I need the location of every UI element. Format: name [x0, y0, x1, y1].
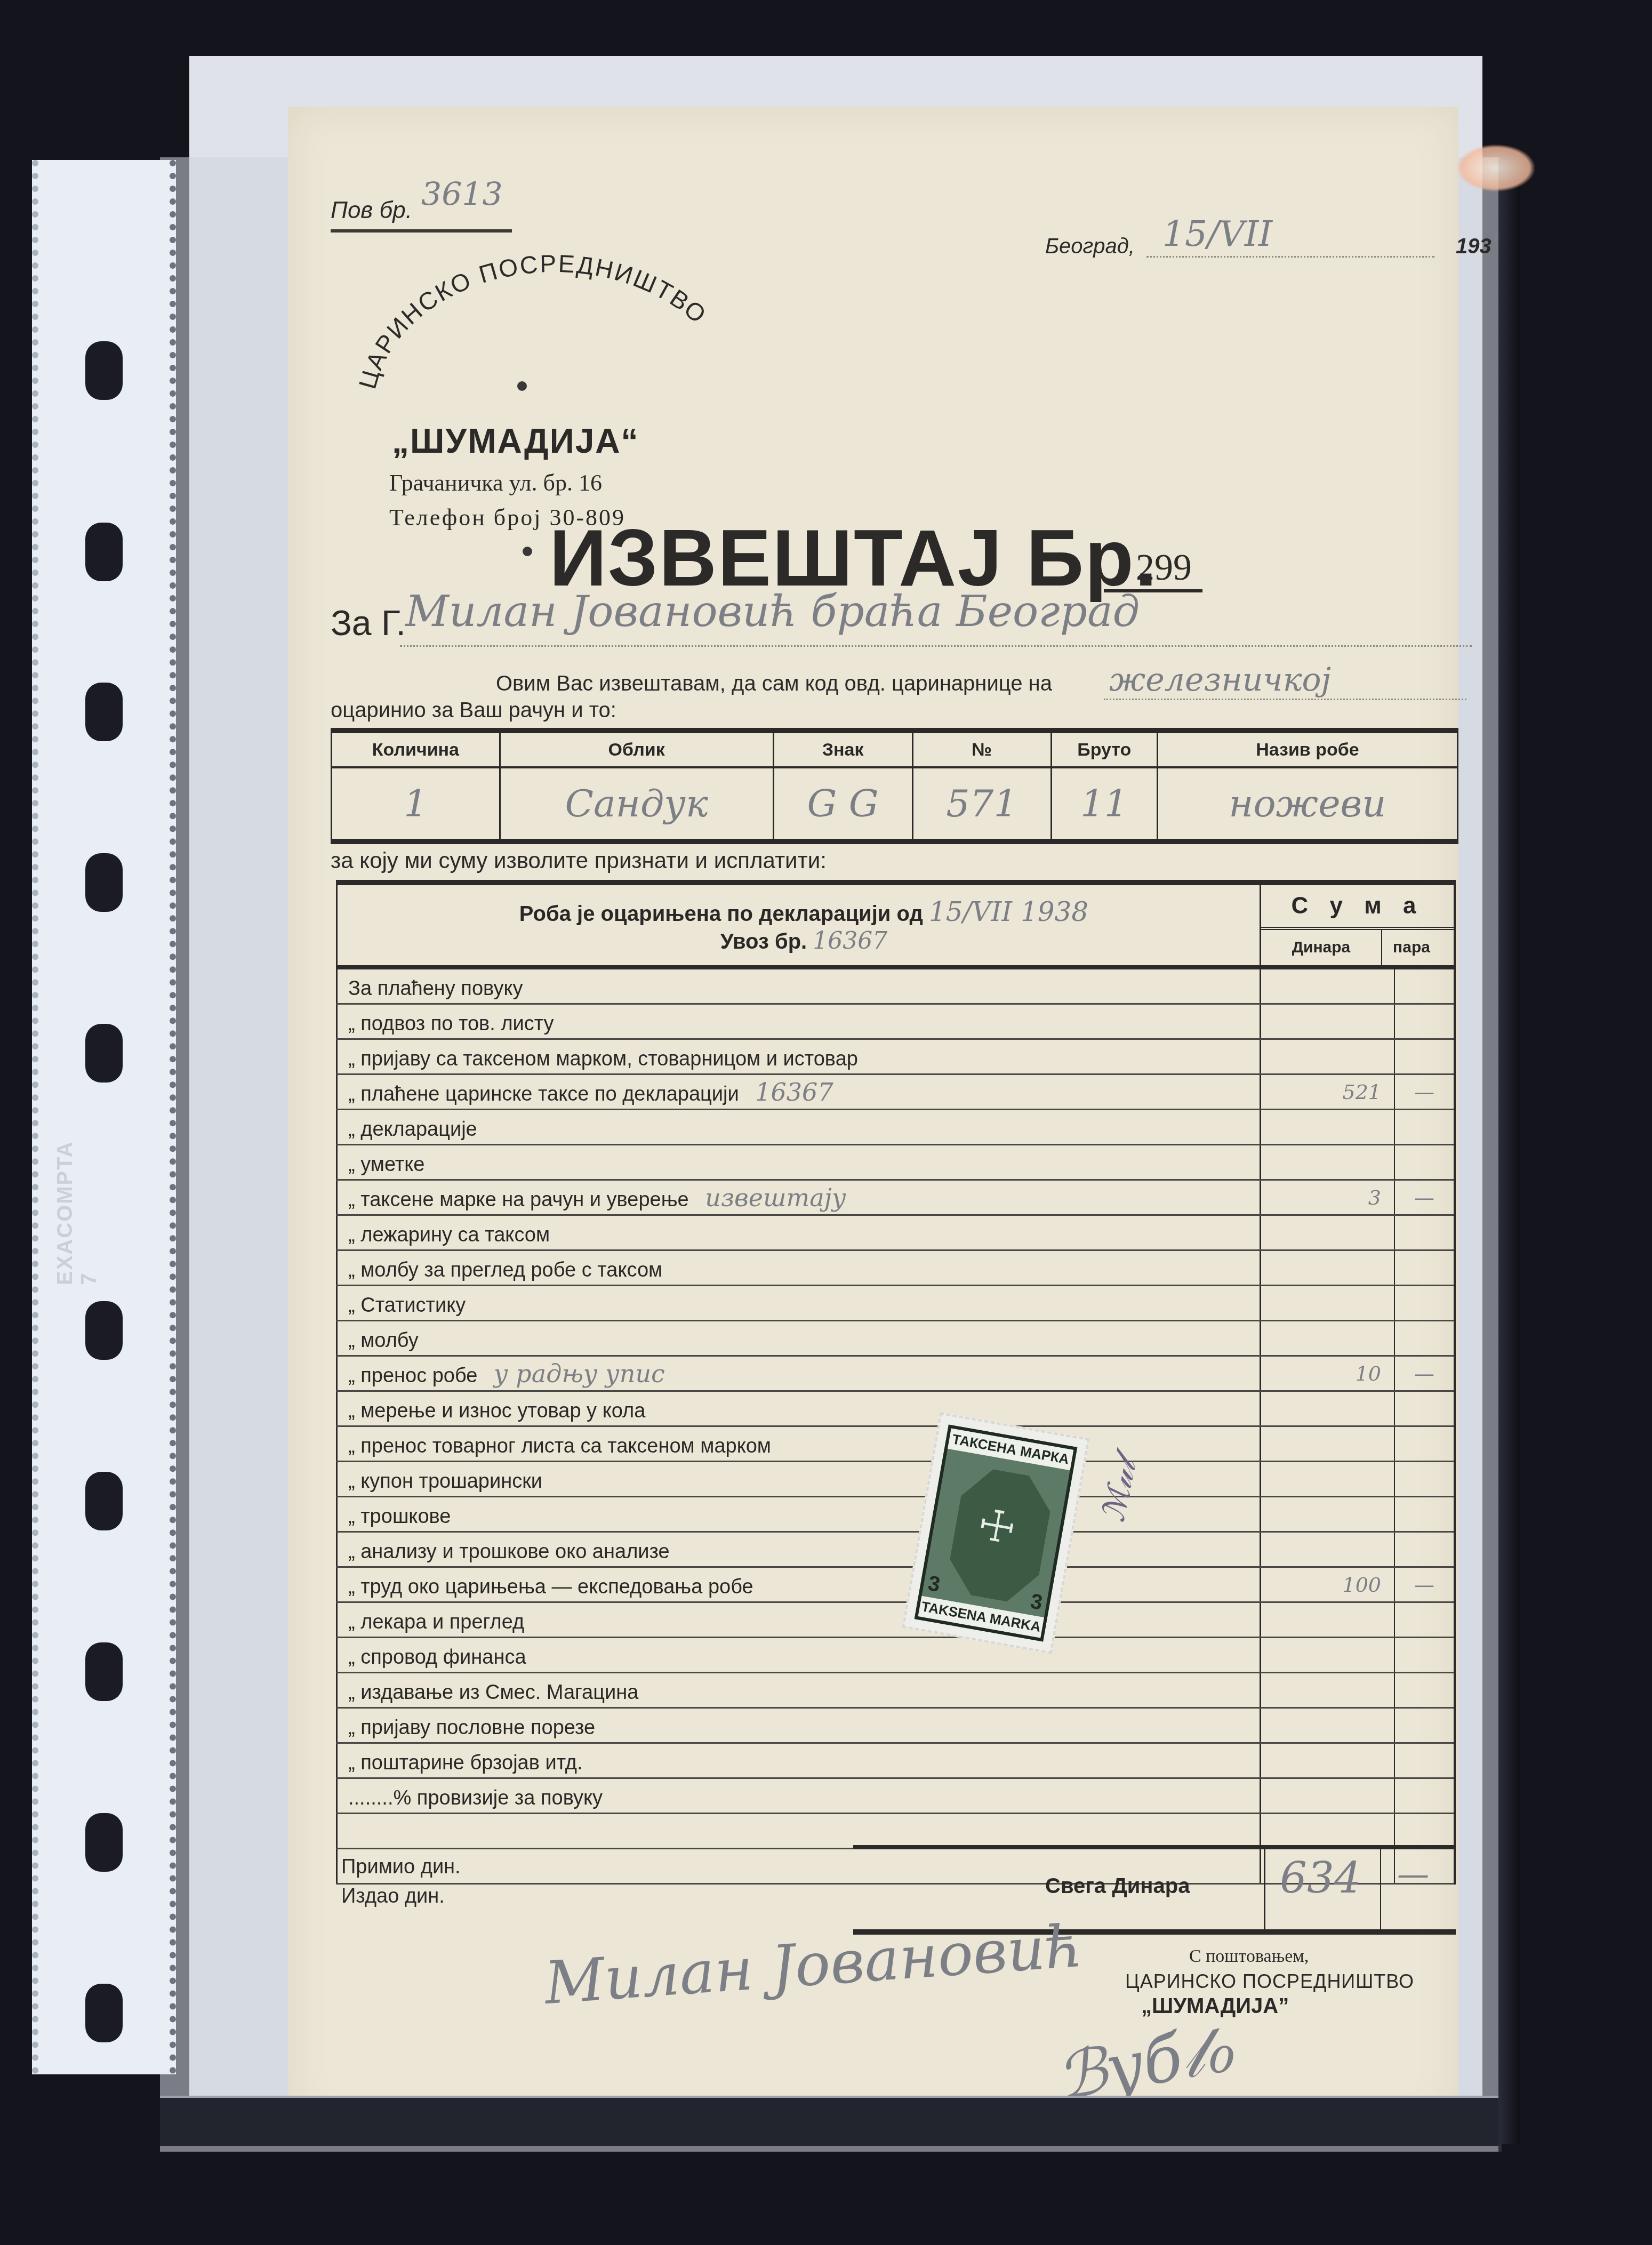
fee-label: „ пријаву пословне порезе: [337, 1708, 1261, 1743]
fee-para: [1394, 1673, 1455, 1708]
fee-row: ........% провизије за повуку: [337, 1778, 1455, 1814]
fee-label: „ лекара и преглед: [337, 1602, 1261, 1638]
total-label: Свега Динара: [1045, 1874, 1190, 1898]
goods-table: Количина Облик Знак № Бруто Назив робе 1…: [331, 728, 1458, 844]
date-handwritten: 15/VII: [1162, 213, 1272, 254]
addressee-line: [400, 645, 1472, 647]
fee-para: [1394, 1110, 1455, 1145]
footer-company-line: ЦАРИНСКО ПОСРЕДНИШТВО: [1125, 1970, 1414, 1993]
fee-dinara: [1261, 1004, 1395, 1039]
fee-dinara: [1261, 1532, 1395, 1567]
stamp-top-text: ТАКСЕНА МАРКА: [948, 1428, 1073, 1470]
fee-dinara: 10: [1261, 1356, 1395, 1391]
fee-label: „ подвоз по тов. листу: [337, 1004, 1261, 1039]
svg-text:ЦАРИНСКО ПОСРЕДНИШТВО: ЦАРИНСКО ПОСРЕДНИШТВО: [353, 251, 712, 392]
fee-row: „ пренос робе у радњу упис10—: [337, 1356, 1455, 1391]
sum-intro-text: за коју ми суму изволите признати и испл…: [331, 848, 827, 873]
fee-row: „ спровод финанса: [337, 1638, 1455, 1673]
fee-label: „ лежарину са таксом: [337, 1215, 1261, 1250]
quantity-value: 1: [332, 767, 500, 841]
fee-dinara: [1261, 1145, 1395, 1180]
fee-label: „ декларације: [337, 1110, 1261, 1145]
fee-row: „ лежарину са таксом: [337, 1215, 1455, 1250]
punch-hole: [85, 523, 123, 581]
fee-label: „ Статистику: [337, 1286, 1261, 1321]
stamp-value-left: 3: [926, 1571, 942, 1597]
fee-row: „ трошкове: [337, 1497, 1455, 1532]
fee-dinara: 100: [1261, 1567, 1395, 1602]
fee-row: „ поштарине брзојав итд.: [337, 1743, 1455, 1778]
col-gross: Бруто: [1051, 731, 1157, 767]
total-para: —: [1397, 1856, 1429, 1893]
fee-row: „ пријаву са таксеном марком, стоварницо…: [337, 1039, 1455, 1075]
goods-name-value: ножеви: [1157, 767, 1457, 841]
punch-hole: [85, 341, 123, 400]
fee-para: [1394, 1004, 1455, 1039]
addressee-name: Милан Јовановић браћа Београд: [405, 587, 1140, 636]
reference-label: Пов бр.: [331, 197, 412, 224]
fee-para: [1394, 1778, 1455, 1814]
fee-dinara: [1261, 1039, 1395, 1075]
fee-label: „ труд око царињења — експедовања робе: [337, 1567, 1261, 1602]
fee-dinara: [1261, 1426, 1395, 1462]
fee-para: [1394, 1814, 1455, 1849]
fee-dinara: [1261, 1778, 1395, 1814]
received-label: Примио дин.: [341, 1856, 461, 1879]
fee-note: 16367: [755, 1078, 833, 1107]
punch-hole: [85, 1024, 123, 1083]
fee-label: „ таксене марке на рачун и уверење извеш…: [337, 1180, 1261, 1215]
fee-label: „ мерење и износ утовар у кола: [337, 1391, 1261, 1426]
fee-row: [337, 1814, 1455, 1849]
company-address: Грачаничка ул. бр. 16: [389, 469, 602, 496]
fee-dinara: [1261, 1673, 1395, 1708]
fee-label: „ плаћене царинске таксе по декларацији …: [337, 1075, 1261, 1110]
addressee-label: За Г.: [331, 603, 406, 643]
fee-label: „ пренос товарног листа са таксеном марк…: [337, 1426, 1261, 1462]
punch-hole: [85, 1301, 123, 1360]
stamp-value-right: 3: [1029, 1590, 1045, 1615]
fee-label: ........% провизије за повуку: [337, 1778, 1261, 1814]
date-field-line: [1146, 256, 1434, 258]
col-dinara: Динара: [1261, 930, 1381, 965]
fee-para: [1394, 1462, 1455, 1497]
fee-para: —: [1394, 1075, 1455, 1110]
city-label: Београд,: [1045, 235, 1135, 259]
fee-row: „ декларације: [337, 1110, 1455, 1145]
fee-row: „ молбу за преглед робе с таксом: [337, 1250, 1455, 1286]
fee-dinara: [1261, 1250, 1395, 1286]
fee-label: За плаћену повуку: [337, 967, 1261, 1004]
binder-punch-strip: [32, 160, 176, 2074]
fee-para: [1394, 1391, 1455, 1426]
location-line: [1104, 699, 1466, 700]
fee-row: „ подвоз по тов. листу: [337, 1004, 1455, 1039]
reference-number: 3613: [421, 176, 503, 213]
sum-header: С у м а: [1261, 885, 1454, 930]
fee-label: [337, 1814, 1261, 1849]
fee-dinara: [1261, 1286, 1395, 1321]
import-label: Увоз бр.: [720, 930, 807, 953]
fee-para: —: [1394, 1567, 1455, 1602]
intro-text-line2: оцаринио за Ваш рачун и то:: [331, 699, 616, 723]
punch-hole: [85, 1813, 123, 1872]
col-mark: Знак: [773, 731, 912, 767]
company-arc-heading: ЦАРИНСКО ПОСРЕДНИШТВО: [352, 251, 757, 421]
fee-para: [1394, 1497, 1455, 1532]
punch-hole: [85, 1642, 123, 1701]
fee-label: „ молбу: [337, 1321, 1261, 1356]
declaration-date: 15/VII 1938: [929, 896, 1088, 927]
receiver-signature: Милан Јовановић: [542, 1912, 1085, 2017]
fee-label: „ молбу за преглед робе с таксом: [337, 1250, 1261, 1286]
fee-row: „ Статистику: [337, 1286, 1455, 1321]
fee-para: [1394, 1638, 1455, 1673]
fee-para: [1394, 1708, 1455, 1743]
number-value: 571: [912, 767, 1051, 841]
fee-dinara: 521: [1261, 1075, 1395, 1110]
col-quantity: Количина: [332, 731, 500, 767]
fee-label: „ пријаву са таксеном марком, стоварницо…: [337, 1039, 1261, 1075]
report-number: 299: [1104, 547, 1202, 592]
fee-dinara: [1261, 1321, 1395, 1356]
fee-para: [1394, 1145, 1455, 1180]
fee-dinara: 3: [1261, 1180, 1395, 1215]
fee-row: „ мерење и износ утовар у кола: [337, 1391, 1455, 1426]
fees-header-row: Роба је оцарињена по декларацији од 15/V…: [337, 883, 1455, 967]
col-number: №: [912, 731, 1051, 767]
fee-dinara: [1261, 1110, 1395, 1145]
fee-row: „ анализу и трошкове око анализе: [337, 1532, 1455, 1567]
declaration-label: Роба је оцарињена по декларацији од: [519, 902, 923, 926]
punch-hole: [85, 1984, 123, 2042]
fee-para: —: [1394, 1180, 1455, 1215]
fee-dinara: [1261, 1215, 1395, 1250]
fee-row: „ пренос товарног листа са таксеном марк…: [337, 1426, 1455, 1462]
import-number: 16367: [813, 927, 887, 955]
fee-label: „ поштарине брзојав итд.: [337, 1743, 1261, 1778]
fee-para: [1394, 1321, 1455, 1356]
fee-para: [1394, 1039, 1455, 1075]
fee-para: [1394, 1743, 1455, 1778]
fee-note: извештају: [705, 1183, 846, 1212]
fee-row: „ плаћене царинске таксе по декларацији …: [337, 1075, 1455, 1110]
year-printed: 193: [1456, 235, 1491, 259]
fee-para: [1394, 1426, 1455, 1462]
fee-dinara: [1261, 1497, 1395, 1532]
fee-para: [1394, 1250, 1455, 1286]
fee-row: „ пријаву пословне порезе: [337, 1708, 1455, 1743]
fee-row: „ издавање из Смес. Магацина: [337, 1673, 1455, 1708]
fee-row: „ лекара и преглед: [337, 1602, 1455, 1638]
fee-row: „ купон трошарински: [337, 1462, 1455, 1497]
regards-text: С поштовањем,: [1189, 1946, 1309, 1967]
fee-para: [1394, 967, 1455, 1004]
fee-note: у радњу упис: [494, 1359, 665, 1388]
fee-para: [1394, 1215, 1455, 1250]
fee-dinara: [1261, 1602, 1395, 1638]
fee-dinara: [1261, 1708, 1395, 1743]
ornament-dot: [523, 547, 532, 556]
sleeve-bottom-seam: [160, 2096, 1498, 2146]
fee-row: „ уметке: [337, 1145, 1455, 1180]
fee-label: „ спровод финанса: [337, 1638, 1261, 1673]
col-goods-name: Назив робе: [1157, 731, 1457, 767]
goods-row: 1 Сандук G G 571 11 ножеви: [332, 767, 1458, 841]
customs-report-document: Пов бр. 3613 ЦАРИНСКО ПОСРЕДНИШТВО „ШУМА…: [288, 107, 1458, 2125]
company-name: „ШУМАДИЈА“: [392, 421, 639, 461]
fee-row: „ молбу: [337, 1321, 1455, 1356]
fee-dinara: [1261, 1391, 1395, 1426]
fee-row: За плаћену повуку: [337, 967, 1455, 1004]
intro-text-line1: Овим Вас извештавам, да сам код овд. цар…: [496, 672, 1052, 696]
light-glare: [1456, 144, 1536, 192]
fee-label: „ анализу и трошкове око анализе: [337, 1532, 1261, 1567]
fee-label: „ уметке: [337, 1145, 1261, 1180]
fee-dinara: [1261, 1462, 1395, 1497]
fee-dinara: [1261, 1814, 1395, 1849]
gross-value: 11: [1051, 767, 1157, 841]
sleeve-edge: [1498, 160, 1520, 2144]
fee-para: [1394, 1286, 1455, 1321]
punch-hole: [85, 1472, 123, 1530]
customs-location: железничкој: [1109, 661, 1331, 699]
binder-brand-mark: EXACOMPTA 7: [53, 1184, 91, 1285]
mark-value: G G: [773, 767, 912, 841]
fee-para: —: [1394, 1356, 1455, 1391]
fee-dinara: [1261, 967, 1395, 1004]
total-value: 634: [1280, 1853, 1361, 1903]
goods-header-row: Количина Облик Знак № Бруто Назив робе: [332, 731, 1458, 767]
fee-dinara: [1261, 1638, 1395, 1673]
fees-table: Роба је оцарињена по декларацији од 15/V…: [336, 880, 1456, 1885]
col-form: Облик: [500, 731, 773, 767]
fee-label: „ пренос робе у радњу упис: [337, 1356, 1261, 1391]
reference-underline: [331, 229, 512, 232]
punch-hole: [85, 853, 123, 912]
form-value: Сандук: [500, 767, 773, 841]
ornament-dot: [517, 381, 527, 391]
fee-row: „ таксене марке на рачун и уверење извеш…: [337, 1180, 1455, 1215]
fee-para: [1394, 1532, 1455, 1567]
fees-rows: За плаћену повуку „ подвоз по тов. листу…: [337, 967, 1455, 1884]
fee-row: „ труд око царињења — експедовања робе 1…: [337, 1567, 1455, 1602]
col-para: пара: [1381, 930, 1441, 965]
punch-hole: [85, 683, 123, 741]
issued-label: Издао дин.: [341, 1885, 445, 1908]
fee-dinara: [1261, 1743, 1395, 1778]
fee-para: [1394, 1602, 1455, 1638]
fee-label: „ издавање из Смес. Магацина: [337, 1673, 1261, 1708]
